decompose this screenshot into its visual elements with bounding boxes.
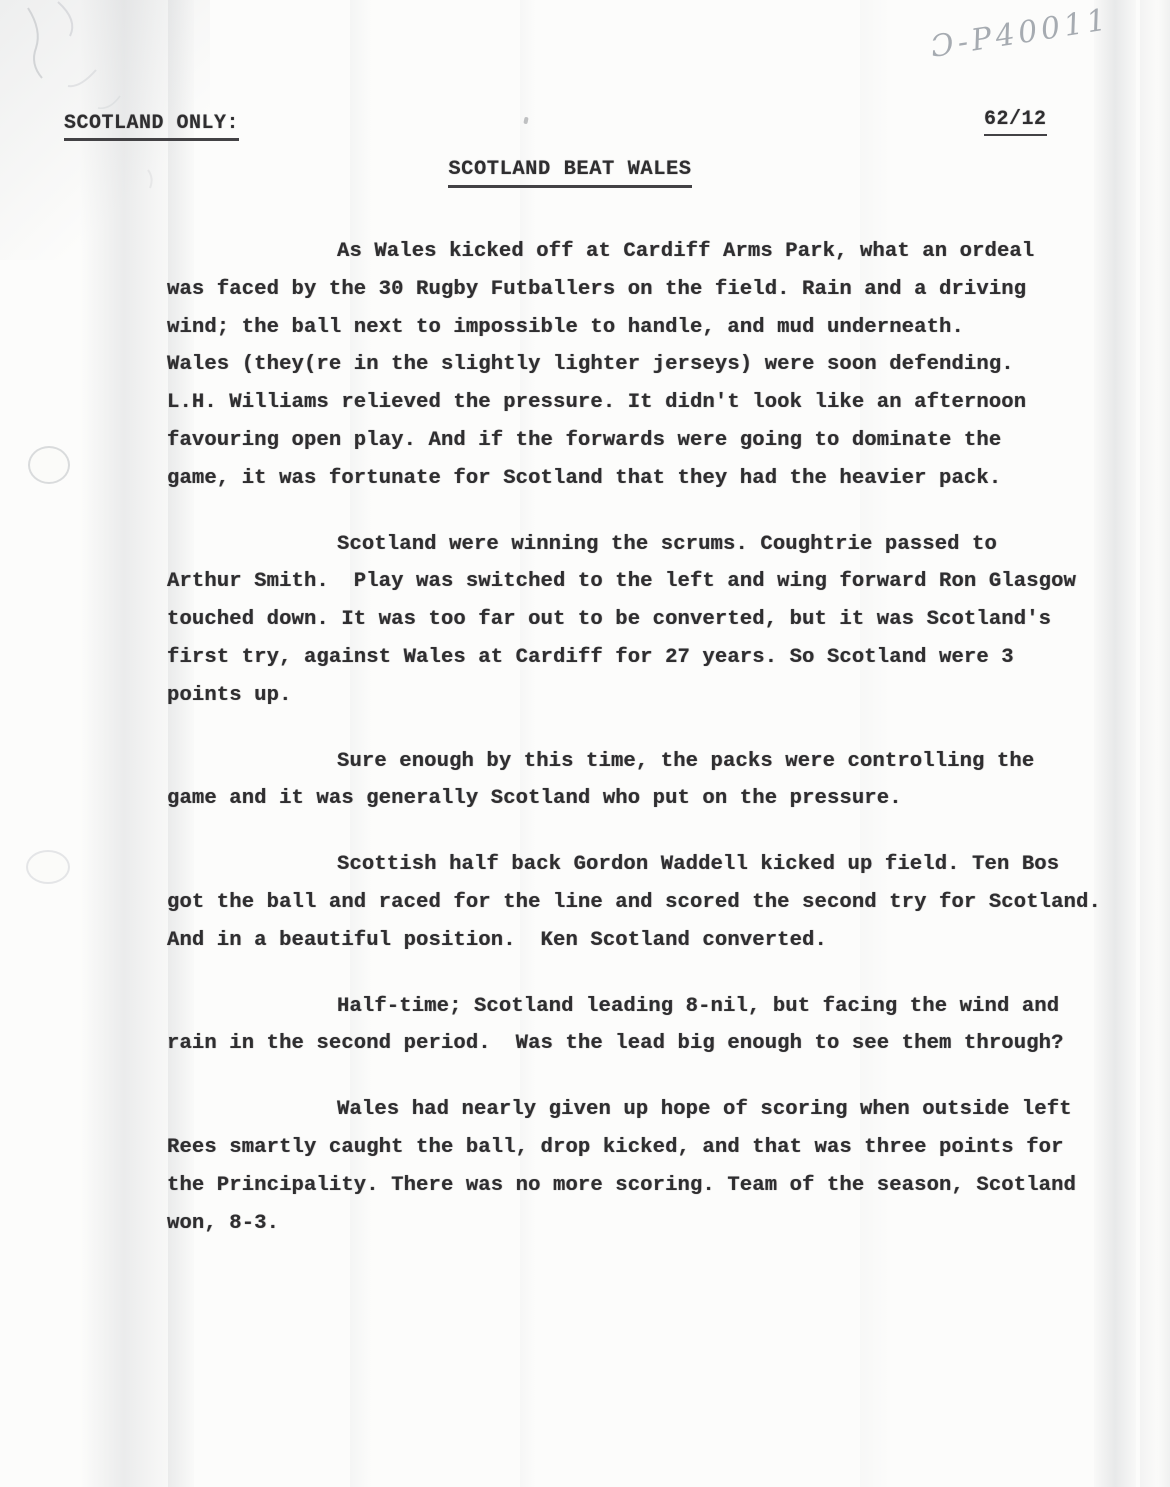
typescript-line: wind; the ball next to impossible to han… [167,309,1167,347]
paragraph: As Wales kicked off at Cardiff Arms Park… [167,233,1167,498]
document-title: SCOTLAND BEAT WALES [448,158,691,188]
typescript-line: the Principality. There was no more scor… [167,1167,1167,1205]
typescript-line: L.H. Williams relieved the pressure. It … [167,384,1167,422]
typescript-line: touched down. It was too far out to be c… [167,601,1167,639]
typescript-line: Rees smartly caught the ball, drop kicke… [167,1129,1167,1167]
typescript-line: rain in the second period. Was the lead … [167,1025,1167,1063]
typescript-line: Half-time; Scotland leading 8-nil, but f… [167,988,1167,1026]
typescript-line: Arthur Smith. Play was switched to the l… [167,563,1167,601]
typescript-line: game and it was generally Scotland who p… [167,780,1167,818]
typescript-line: favouring open play. And if the forwards… [167,422,1167,460]
typescript-line: Scotland were winning the scrums. Cought… [167,526,1167,564]
typescript-line: game, it was fortunate for Scotland that… [167,460,1167,498]
classification-label: SCOTLAND ONLY: [64,112,239,141]
paragraph: Sure enough by this time, the packs were… [167,743,1167,819]
typescript-line: Sure enough by this time, the packs were… [167,743,1167,781]
typescript-line: And in a beautiful position. Ken Scotlan… [167,922,1167,960]
punch-hole-impression [26,850,70,884]
typescript-line: won, 8-3. [167,1205,1167,1243]
reference-number: 62/12 [984,108,1047,136]
typescript-line: Wales had nearly given up hope of scorin… [167,1091,1167,1129]
typescript-line: Scottish half back Gordon Waddell kicked… [167,846,1167,884]
typescript-line: As Wales kicked off at Cardiff Arms Park… [167,233,1167,271]
typescript-line: Wales (they(re in the slightly lighter j… [167,346,1167,384]
typescript-line: points up. [167,677,1167,715]
typescript-body: As Wales kicked off at Cardiff Arms Park… [167,233,1167,1270]
title-row: SCOTLAND BEAT WALES [0,158,1140,188]
paragraph: Half-time; Scotland leading 8-nil, but f… [167,988,1167,1064]
punch-hole-impression [28,446,70,484]
typescript-line: got the ball and raced for the line and … [167,884,1167,922]
ink-speck [523,117,528,125]
typescript-line: first try, against Wales at Cardiff for … [167,639,1167,677]
paragraph: Wales had nearly given up hope of scorin… [167,1091,1167,1242]
paragraph: Scottish half back Gordon Waddell kicked… [167,846,1167,959]
scanned-typescript-page: Ɔ-P40011 SCOTLAND ONLY: 62/12 SCOTLAND B… [0,0,1170,1487]
paragraph: Scotland were winning the scrums. Cought… [167,526,1167,715]
typescript-line: was faced by the 30 Rugby Futballers on … [167,271,1167,309]
handwritten-annotation: Ɔ-P40011 [928,2,1112,65]
